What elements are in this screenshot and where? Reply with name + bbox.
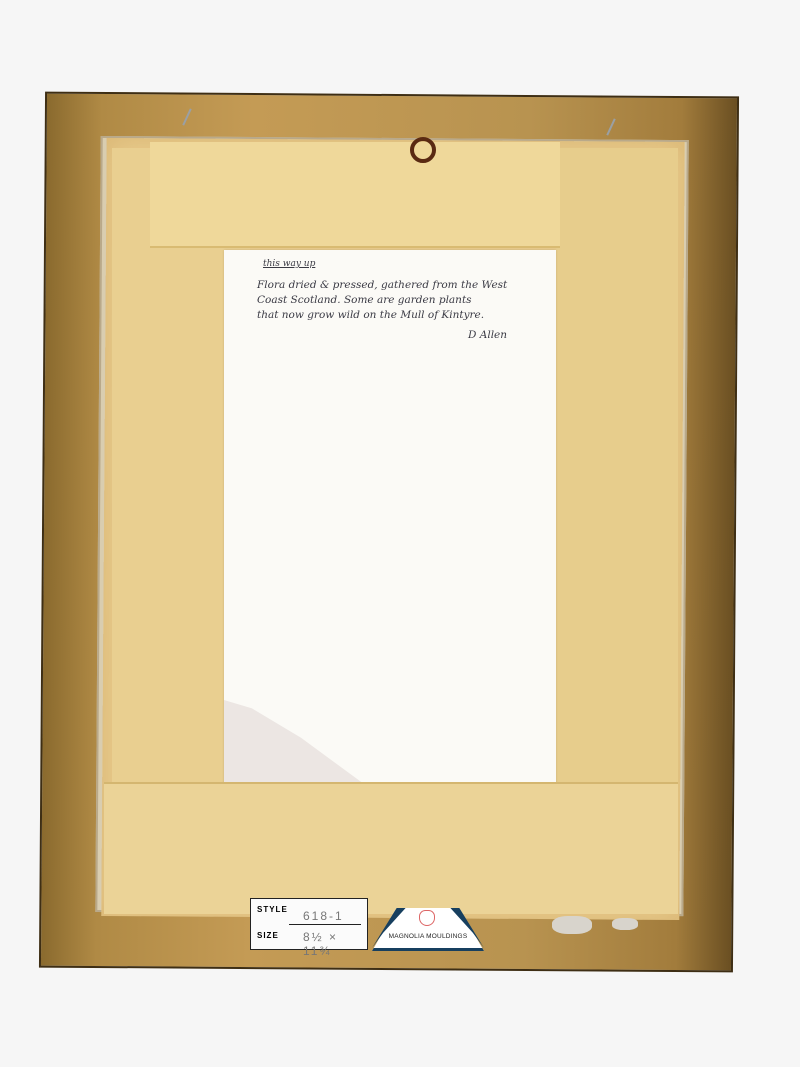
note-line: Coast Scotland. Some are garden plants <box>257 293 553 308</box>
note-line: Flora dried & pressed, gathered from the… <box>257 278 553 293</box>
size-value: 8½ × 11¾ <box>303 930 367 958</box>
style-value: 618-1 <box>303 909 344 923</box>
tape-top <box>150 142 560 248</box>
paint-chip <box>552 916 592 934</box>
style-label: STYLE <box>257 905 288 914</box>
note-line: that now grow wild on the Mull of Kintyr… <box>257 308 553 323</box>
note-body: Flora dried & pressed, gathered from the… <box>257 278 553 323</box>
size-label: SIZE <box>257 931 279 940</box>
style-size-label: STYLE 618-1 SIZE 8½ × 11¾ <box>250 898 368 950</box>
brand-name: MAGNOLIA MOULDINGS <box>372 933 484 940</box>
crest-icon <box>419 910 435 926</box>
label-divider <box>289 924 361 925</box>
tape-right <box>556 148 678 838</box>
tape-bottom <box>104 782 678 914</box>
note-signature: D Allen <box>468 328 507 343</box>
hanging-ring-icon <box>410 137 436 163</box>
magnolia-mouldings-label: MAGNOLIA MOULDINGS <box>372 908 484 948</box>
note-heading: this way up <box>263 257 315 272</box>
paint-chip <box>612 918 638 930</box>
note-stain <box>224 700 364 784</box>
